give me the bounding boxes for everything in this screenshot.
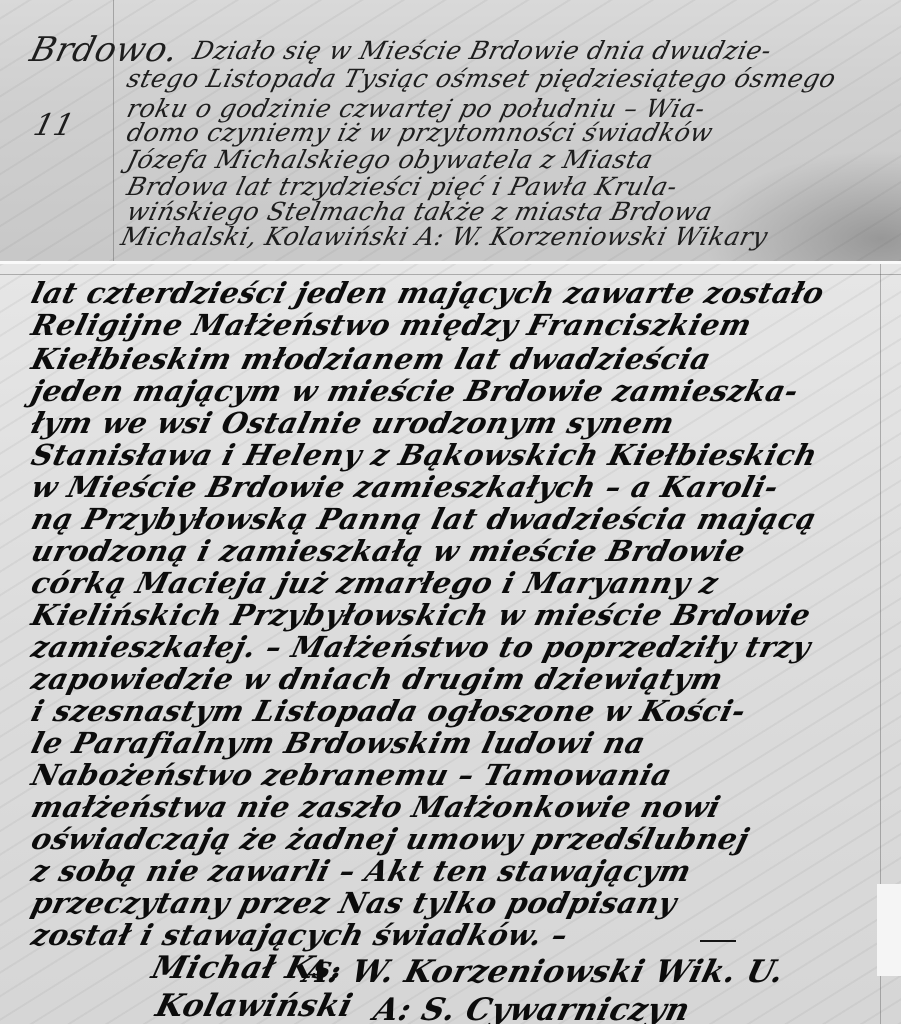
record-line: Działo się w Mieście Brdowie dnia dwudzi… [190, 36, 775, 65]
record-line: łym we wsi Ostalnie urodzonym synem [28, 406, 678, 440]
record-line: stego Listopada Tysiąc ośmset piędziesią… [124, 64, 839, 93]
ruled-line [0, 274, 901, 275]
signature-second: A: S. Cywarniczyn [370, 992, 694, 1024]
record-line: Kiełbieskim młodzianem lat dwadzieścia [28, 342, 715, 376]
record-line: zapowiedzie w dniach drugim dziewiątym [28, 662, 727, 696]
closing-dash [700, 940, 736, 942]
record-line: ną Przybyłowską Panną lat dwadzieścia ma… [28, 502, 820, 536]
record-line: le Parafialnym Brdowskim ludowi na [28, 726, 649, 760]
record-line: jeden mającym w mieście Brdowie zamieszk… [28, 374, 802, 408]
signature-priest: A: W. Korzeniowski Wik. U. [300, 954, 788, 990]
record-line: Kielińskich Przybyłowskich w mieście Brd… [28, 598, 814, 632]
scan-artifact [877, 884, 901, 976]
record-line: lat czterdzieści jeden mających zawarte … [28, 276, 828, 310]
scan-fragment-bottom: lat czterdzieści jeden mających zawarte … [0, 264, 901, 1024]
record-line: małżeństwa nie zaszło Małżonkowie nowi [28, 790, 724, 824]
record-line: urodzoną i zamieszkałą w mieście Brdowie [28, 534, 749, 568]
record-line: Religijne Małżeństwo między Franciszkiem [28, 308, 755, 342]
record-line: został i stawających świadków. – [28, 918, 572, 952]
record-line: Stanisława i Heleny z Bąkowskich Kiełbie… [28, 438, 821, 472]
record-line: w Mieście Brdowie zamieszkałych – a Karo… [28, 470, 782, 504]
record-line: przeczytany przez Nas tylko podpisany [28, 886, 680, 920]
record-line: z sobą nie zawarli – Akt ten stawającym [28, 854, 695, 888]
record-line: oświadczają że żadnej umowy przedślubnej [28, 822, 753, 856]
signature-left-line2: Kolawiński [152, 988, 356, 1024]
record-line: Józefa Michalskiego obywatela z Miasta [124, 145, 656, 174]
entry-number: 11 [30, 108, 78, 143]
record-line: i szesnastym Listopada ogłoszone w Kości… [28, 694, 750, 728]
record-line-signatures: Michalski, Kolawiński A: W. Korzeniowski… [118, 222, 771, 251]
record-line: Nabożeństwo zebranemu – Tamowania [28, 758, 676, 792]
record-line: domo czyniemy iż w przytomności świadków [124, 118, 716, 147]
record-line: córką Macieja już zmarłego i Maryanny z [28, 566, 722, 600]
scan-fragment-top: Brdowo. 11 Działo się w Mieście Brdowie … [0, 0, 901, 261]
record-line: zamieszkałej. – Małżeństwo to poprzedził… [28, 630, 814, 664]
